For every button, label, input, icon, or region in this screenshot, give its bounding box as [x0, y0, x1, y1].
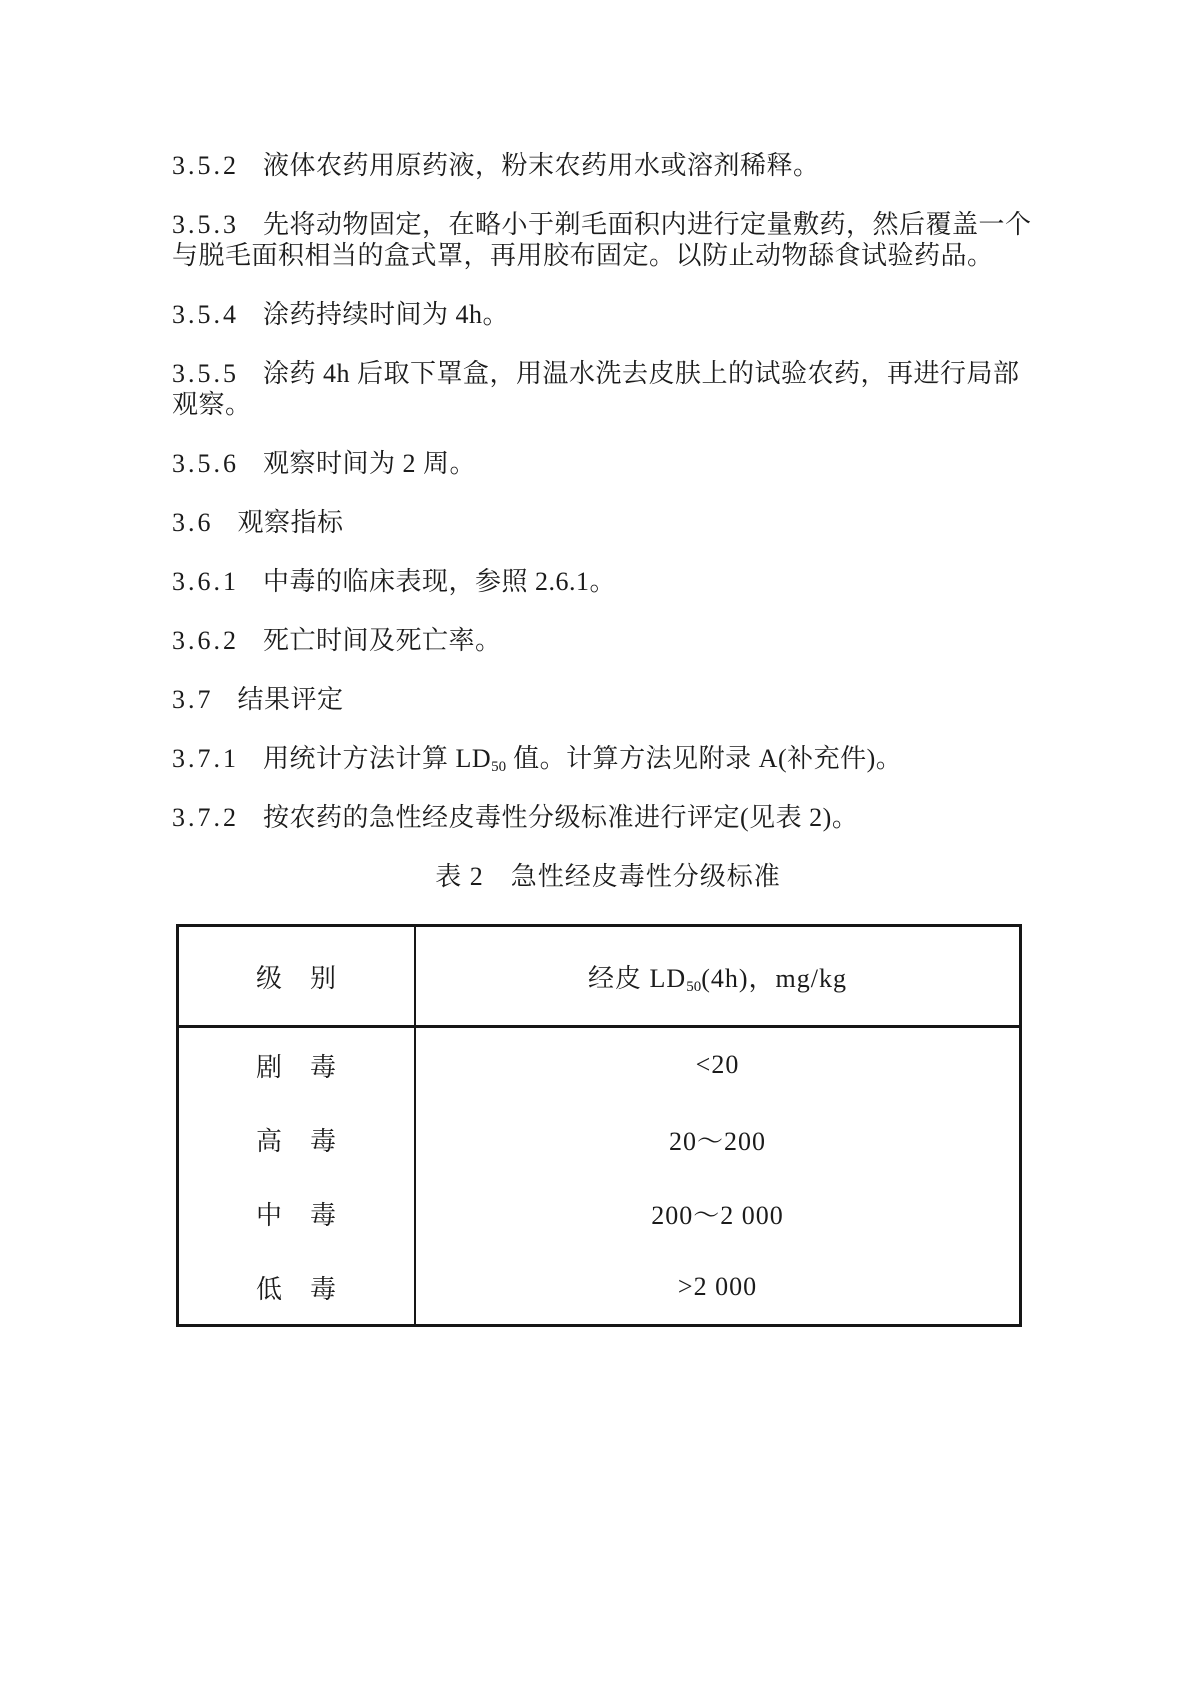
grade-cell: 低 毒	[178, 1250, 416, 1326]
header-ld50-before: 经皮 LD	[588, 964, 686, 993]
ld50-subscript: 50	[686, 979, 701, 995]
clause-number: 3.6.1	[172, 567, 239, 596]
clause-text: 按农药的急性经皮毒性分级标准进行评定(见表 2)。	[263, 803, 858, 832]
clause-number: 3.6.2	[172, 626, 239, 655]
clause-text: 死亡时间及死亡率。	[263, 626, 502, 655]
table-row-low-toxicity: 低 毒 >2 000	[178, 1250, 1021, 1326]
table-row-medium-toxicity: 中 毒 200～2 000	[178, 1176, 1021, 1250]
clause-3-5-5: 3.5.5涂药 4h 后取下罩盒，用温水洗去皮肤上的试验农药，再进行局部观察。	[172, 358, 1044, 420]
grade-cell: 中 毒	[178, 1176, 416, 1250]
clause-3-6-2: 3.6.2死亡时间及死亡率。	[172, 625, 1044, 656]
clause-3-7-2: 3.7.2按农药的急性经皮毒性分级标准进行评定(见表 2)。	[172, 802, 1044, 833]
clause-number: 3.6	[172, 508, 214, 537]
clause-text: 中毒的临床表现，参照 2.6.1。	[263, 567, 616, 596]
clause-number: 3.7	[172, 685, 214, 714]
document-content: 3.5.2液体农药用原药液，粉末农药用水或溶剂稀释。 3.5.3先将动物固定，在…	[172, 150, 1044, 1327]
table-header-row: 级 别 经皮 LD50(4h)，mg/kg	[178, 926, 1021, 1027]
clause-text-before-subscript: 用统计方法计算 LD	[263, 744, 491, 773]
clause-3-7: 3.7结果评定	[172, 684, 1044, 715]
clause-text: 结果评定	[238, 685, 344, 714]
clause-3-5-4: 3.5.4涂药持续时间为 4h。	[172, 299, 1044, 330]
clause-number: 3.5.3	[172, 210, 239, 239]
document-page: 3.5.2液体农药用原药液，粉末农药用水或溶剂稀释。 3.5.3先将动物固定，在…	[0, 0, 1200, 1696]
clause-number: 3.5.5	[172, 359, 239, 388]
table-row-extreme-toxicity: 剧 毒 <20	[178, 1027, 1021, 1103]
clause-text: 涂药 4h 后取下罩盒，用温水洗去皮肤上的试验农药，再进行局部观察。	[172, 359, 1020, 419]
clause-text-after-subscript: 值。计算方法见附录 A(补充件)。	[506, 744, 902, 773]
value-cell: <20	[415, 1027, 1021, 1103]
clause-number: 3.5.2	[172, 151, 239, 180]
header-ld50-after: (4h)，mg/kg	[701, 964, 847, 993]
table-header-grade: 级 别	[178, 926, 416, 1027]
table-row-high-toxicity: 高 毒 20～200	[178, 1102, 1021, 1176]
clause-number: 3.7.1	[172, 744, 239, 773]
value-cell: >2 000	[415, 1250, 1021, 1326]
clause-3-5-3: 3.5.3先将动物固定，在略小于剃毛面积内进行定量敷药，然后覆盖一个与脱毛面积相…	[172, 209, 1044, 271]
clause-text: 观察指标	[238, 508, 344, 537]
grade-cell: 高 毒	[178, 1102, 416, 1176]
clause-3-5-2: 3.5.2液体农药用原药液，粉末农药用水或溶剂稀释。	[172, 150, 1044, 181]
clause-number: 3.7.2	[172, 803, 239, 832]
clause-text: 液体农药用原药液，粉末农药用水或溶剂稀释。	[263, 151, 820, 180]
clause-text: 先将动物固定，在略小于剃毛面积内进行定量敷药，然后覆盖一个与脱毛面积相当的盒式罩…	[172, 210, 1032, 270]
table-caption: 表 2 急性经皮毒性分级标准	[172, 861, 1044, 892]
clause-number: 3.5.4	[172, 300, 239, 329]
value-cell: 20～200	[415, 1102, 1021, 1176]
clause-3-5-6: 3.5.6观察时间为 2 周。	[172, 448, 1044, 479]
toxicity-grading-table: 级 别 经皮 LD50(4h)，mg/kg 剧 毒 <20 高 毒 20～200…	[176, 924, 1022, 1327]
grade-cell: 剧 毒	[178, 1027, 416, 1103]
value-cell: 200～2 000	[415, 1176, 1021, 1250]
table-header-ld50: 经皮 LD50(4h)，mg/kg	[415, 926, 1021, 1027]
clause-3-6-1: 3.6.1中毒的临床表现，参照 2.6.1。	[172, 566, 1044, 597]
clause-3-7-1: 3.7.1用统计方法计算 LD50 值。计算方法见附录 A(补充件)。	[172, 743, 1044, 774]
clause-text: 涂药持续时间为 4h。	[263, 300, 509, 329]
clause-3-6: 3.6观察指标	[172, 507, 1044, 538]
ld50-subscript: 50	[491, 759, 506, 775]
clause-number: 3.5.6	[172, 449, 239, 478]
clause-text: 观察时间为 2 周。	[263, 449, 476, 478]
